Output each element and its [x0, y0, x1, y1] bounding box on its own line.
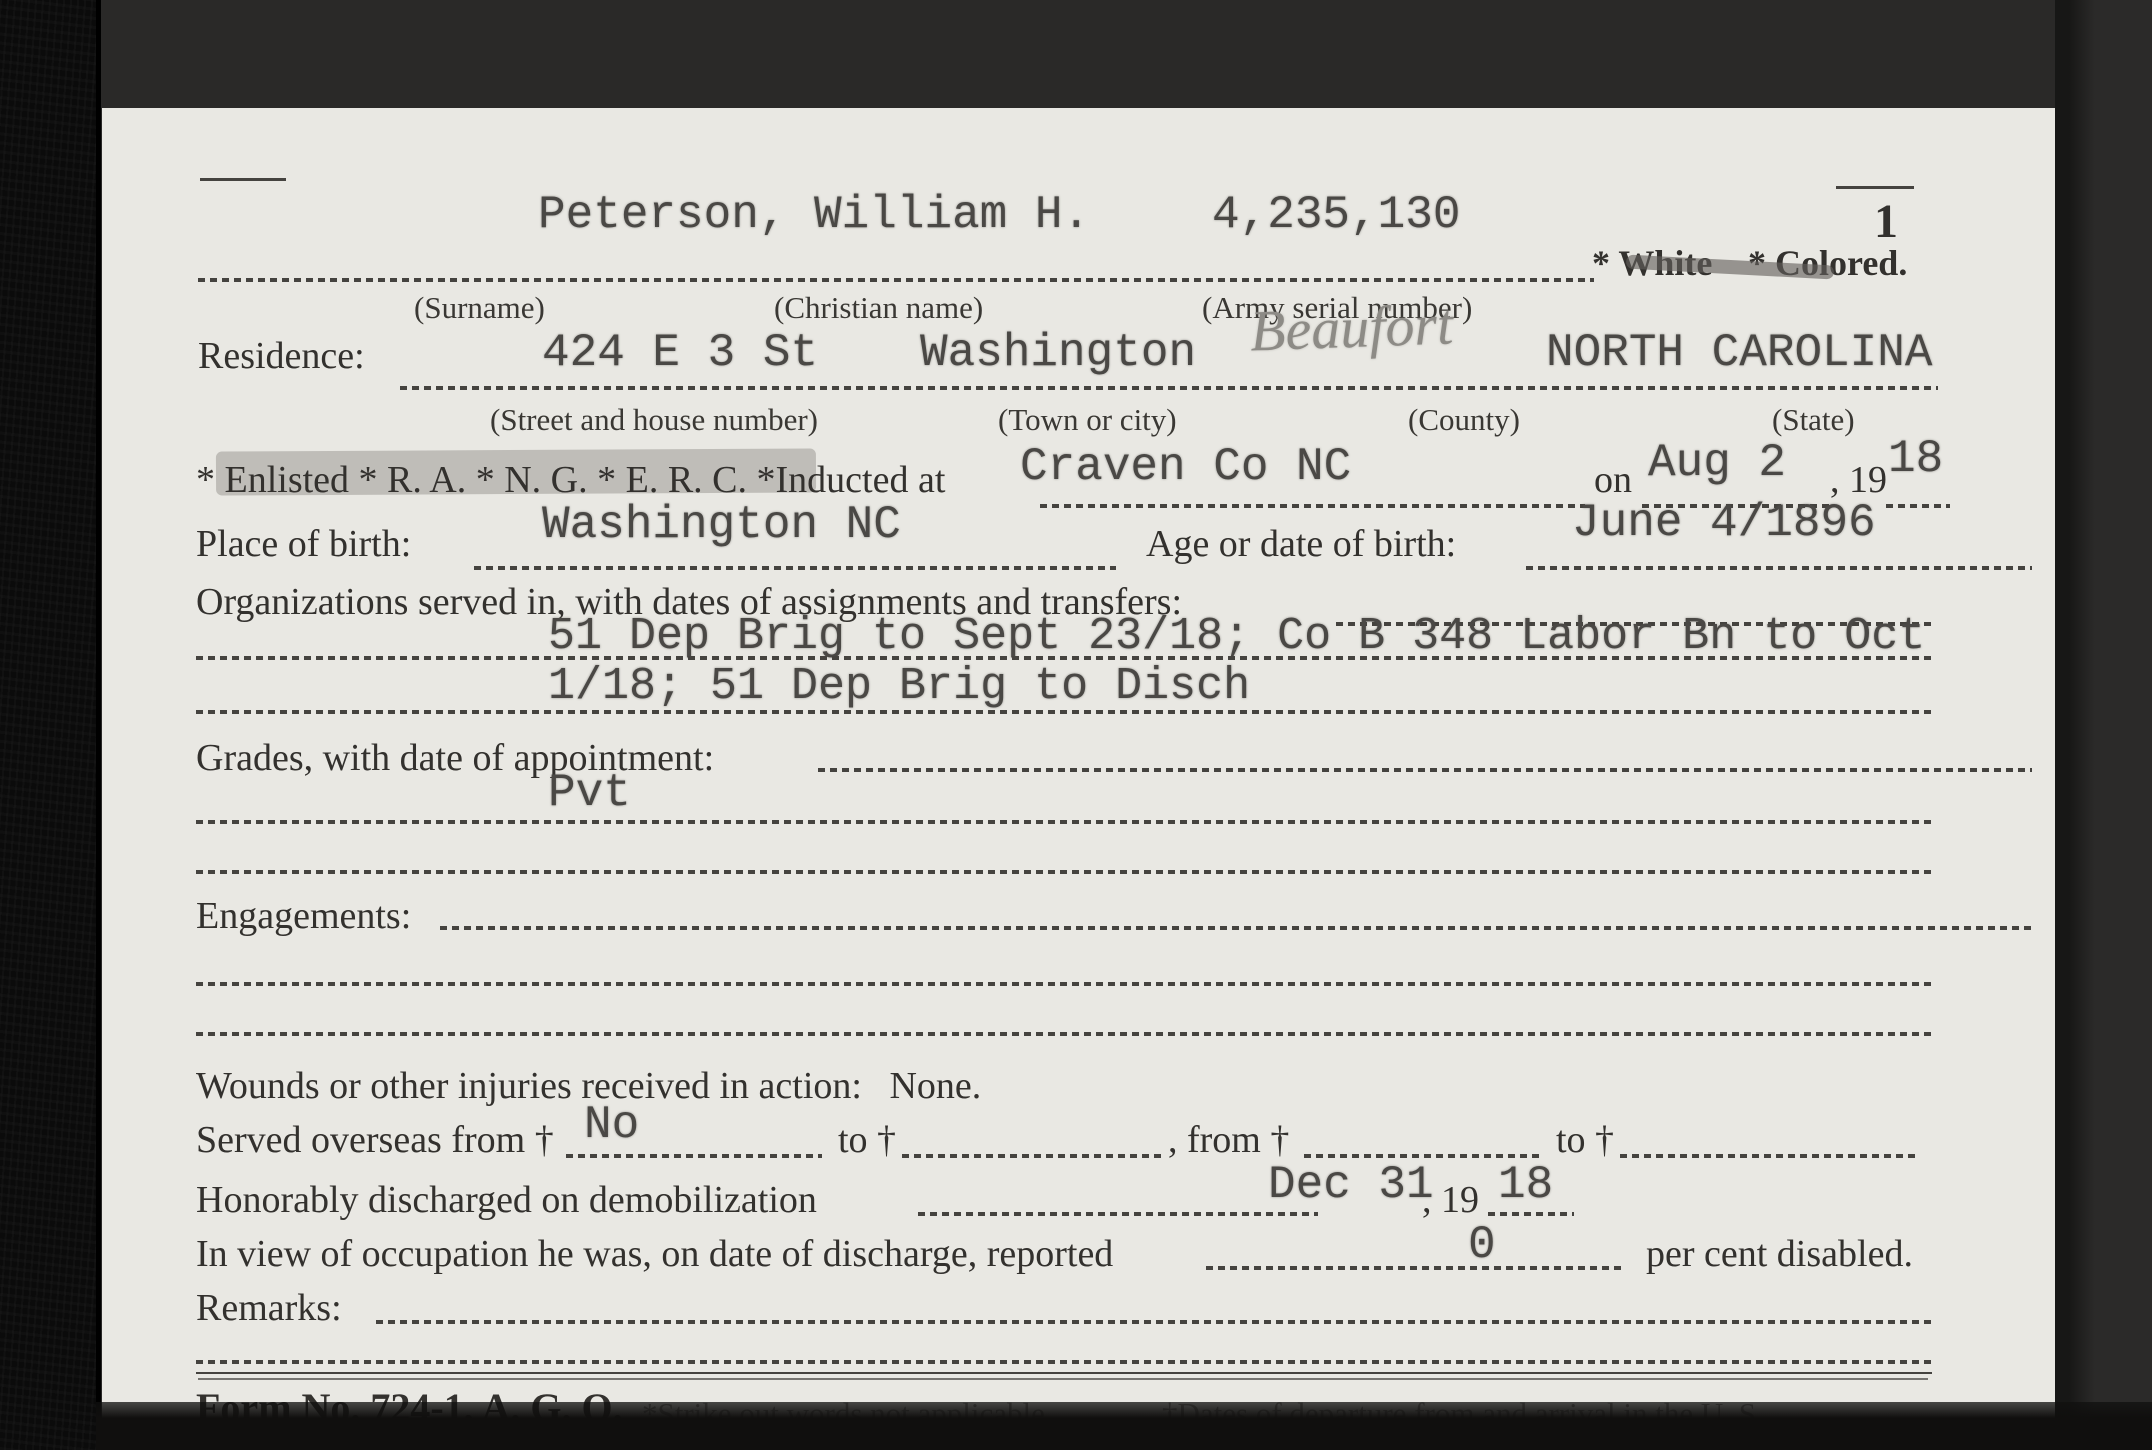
rule-line: [1206, 1266, 1622, 1270]
rule-line: [1304, 1154, 1542, 1158]
rule-line: [1886, 504, 1950, 508]
induction-year-value: 18: [1888, 436, 1943, 482]
induction-on-label: on: [1594, 460, 1632, 502]
rule-line: [196, 1360, 1936, 1364]
rule-line: [1488, 1212, 1574, 1216]
page-number: 1: [1874, 196, 1898, 249]
rule-line: [1526, 566, 2032, 570]
rule-line: [918, 1212, 1318, 1216]
rule-line: [196, 656, 1936, 660]
rule-line: [400, 386, 1938, 390]
rule-line: [1620, 1154, 1918, 1158]
discharge-year-prefix: , 19: [1422, 1180, 1479, 1222]
rule-line: [376, 1320, 1936, 1324]
town-label: (Town or city): [998, 402, 1177, 438]
overseas-to2-label: to †: [1556, 1120, 1614, 1162]
induction-year-prefix: , 19: [1830, 460, 1887, 502]
overseas-from2-label: , from †: [1168, 1120, 1289, 1162]
enlistment-options-label: * Enlisted * R. A. * N. G. * E. R. C. *I…: [196, 460, 945, 502]
scanned-service-record-photo: Peterson, William H. 4,235,130 1 * White…: [0, 0, 2152, 1450]
residence-town-value: Washington: [920, 330, 1196, 376]
footer-solid-line: [198, 1378, 1928, 1380]
grade-value: Pvt: [548, 770, 631, 816]
film-strip-edge: [0, 0, 101, 1450]
christian-name-label: (Christian name): [774, 290, 983, 326]
induction-place-value: Craven Co NC: [1020, 444, 1351, 490]
scan-background-right: [2055, 0, 2152, 1450]
organizations-line1-value: 51 Dep Brig to Sept 23/18; Co B 348 Labo…: [548, 614, 1925, 659]
engagements-label: Engagements:: [196, 896, 411, 938]
residence-county-handwritten-value: Beaufort: [1249, 290, 1454, 364]
soldier-name: Peterson, William H.: [538, 192, 1090, 238]
induction-date-value: Aug 2: [1648, 440, 1786, 486]
rule-line: [196, 820, 1936, 824]
discharge-year-value: 18: [1498, 1162, 1553, 1208]
rule-line: [902, 1154, 1164, 1158]
footer-solid-line: [196, 1372, 1932, 1374]
rule-line: [196, 1032, 1936, 1036]
surname-label: (Surname): [414, 290, 545, 326]
disability-suffix-label: per cent disabled.: [1646, 1234, 1913, 1276]
rule-line: [566, 1154, 822, 1158]
served-overseas-label: Served overseas from †: [196, 1120, 554, 1162]
county-label: (County): [1408, 402, 1520, 438]
service-record-card: Peterson, William H. 4,235,130 1 * White…: [102, 108, 2055, 1450]
remarks-label: Remarks:: [196, 1288, 342, 1330]
age-or-birth-date-label: Age or date of birth:: [1146, 524, 1456, 566]
wounds-value: None.: [889, 1065, 981, 1107]
discharge-label: Honorably discharged on demobilization: [196, 1180, 817, 1222]
organizations-line2-value: 1/18; 51 Dep Brig to Disch: [548, 664, 1250, 709]
rule-line: [474, 566, 1116, 570]
rule-line: [1040, 504, 1585, 508]
place-of-birth-value: Washington NC: [542, 502, 901, 548]
page-number-overline: [1836, 186, 1914, 189]
residence-street-value: 424 E 3 St: [542, 330, 818, 376]
header-left-mark-line: [200, 178, 286, 181]
rule-line: [818, 768, 2032, 772]
rule-line: [196, 710, 1936, 714]
residence-state-value: NORTH CAROLINA: [1546, 330, 1932, 376]
discharge-date-value: Dec 31: [1268, 1162, 1434, 1208]
rule-line: [196, 870, 1936, 874]
overseas-to1-label: to †: [838, 1120, 896, 1162]
street-label: (Street and house number): [490, 402, 818, 438]
rule-line: [440, 926, 2032, 930]
served-overseas-value: No: [584, 1102, 639, 1148]
place-of-birth-label: Place of birth:: [196, 524, 411, 566]
rule-line: [196, 982, 1936, 986]
state-label: (State): [1772, 402, 1855, 438]
birth-date-value: June 4/1896: [1572, 500, 1876, 546]
residence-label: Residence:: [198, 336, 365, 378]
disability-percent-value: 0: [1468, 1222, 1496, 1268]
grades-label: Grades, with date of appointment:: [196, 738, 714, 780]
scan-bottom-band: [96, 1402, 2152, 1450]
army-serial-number: 4,235,130: [1212, 192, 1460, 238]
disability-label: In view of occupation he was, on date of…: [196, 1234, 1113, 1276]
wounds-label: Wounds or other injuries received in act…: [196, 1065, 862, 1107]
rule-line: [198, 278, 1594, 282]
